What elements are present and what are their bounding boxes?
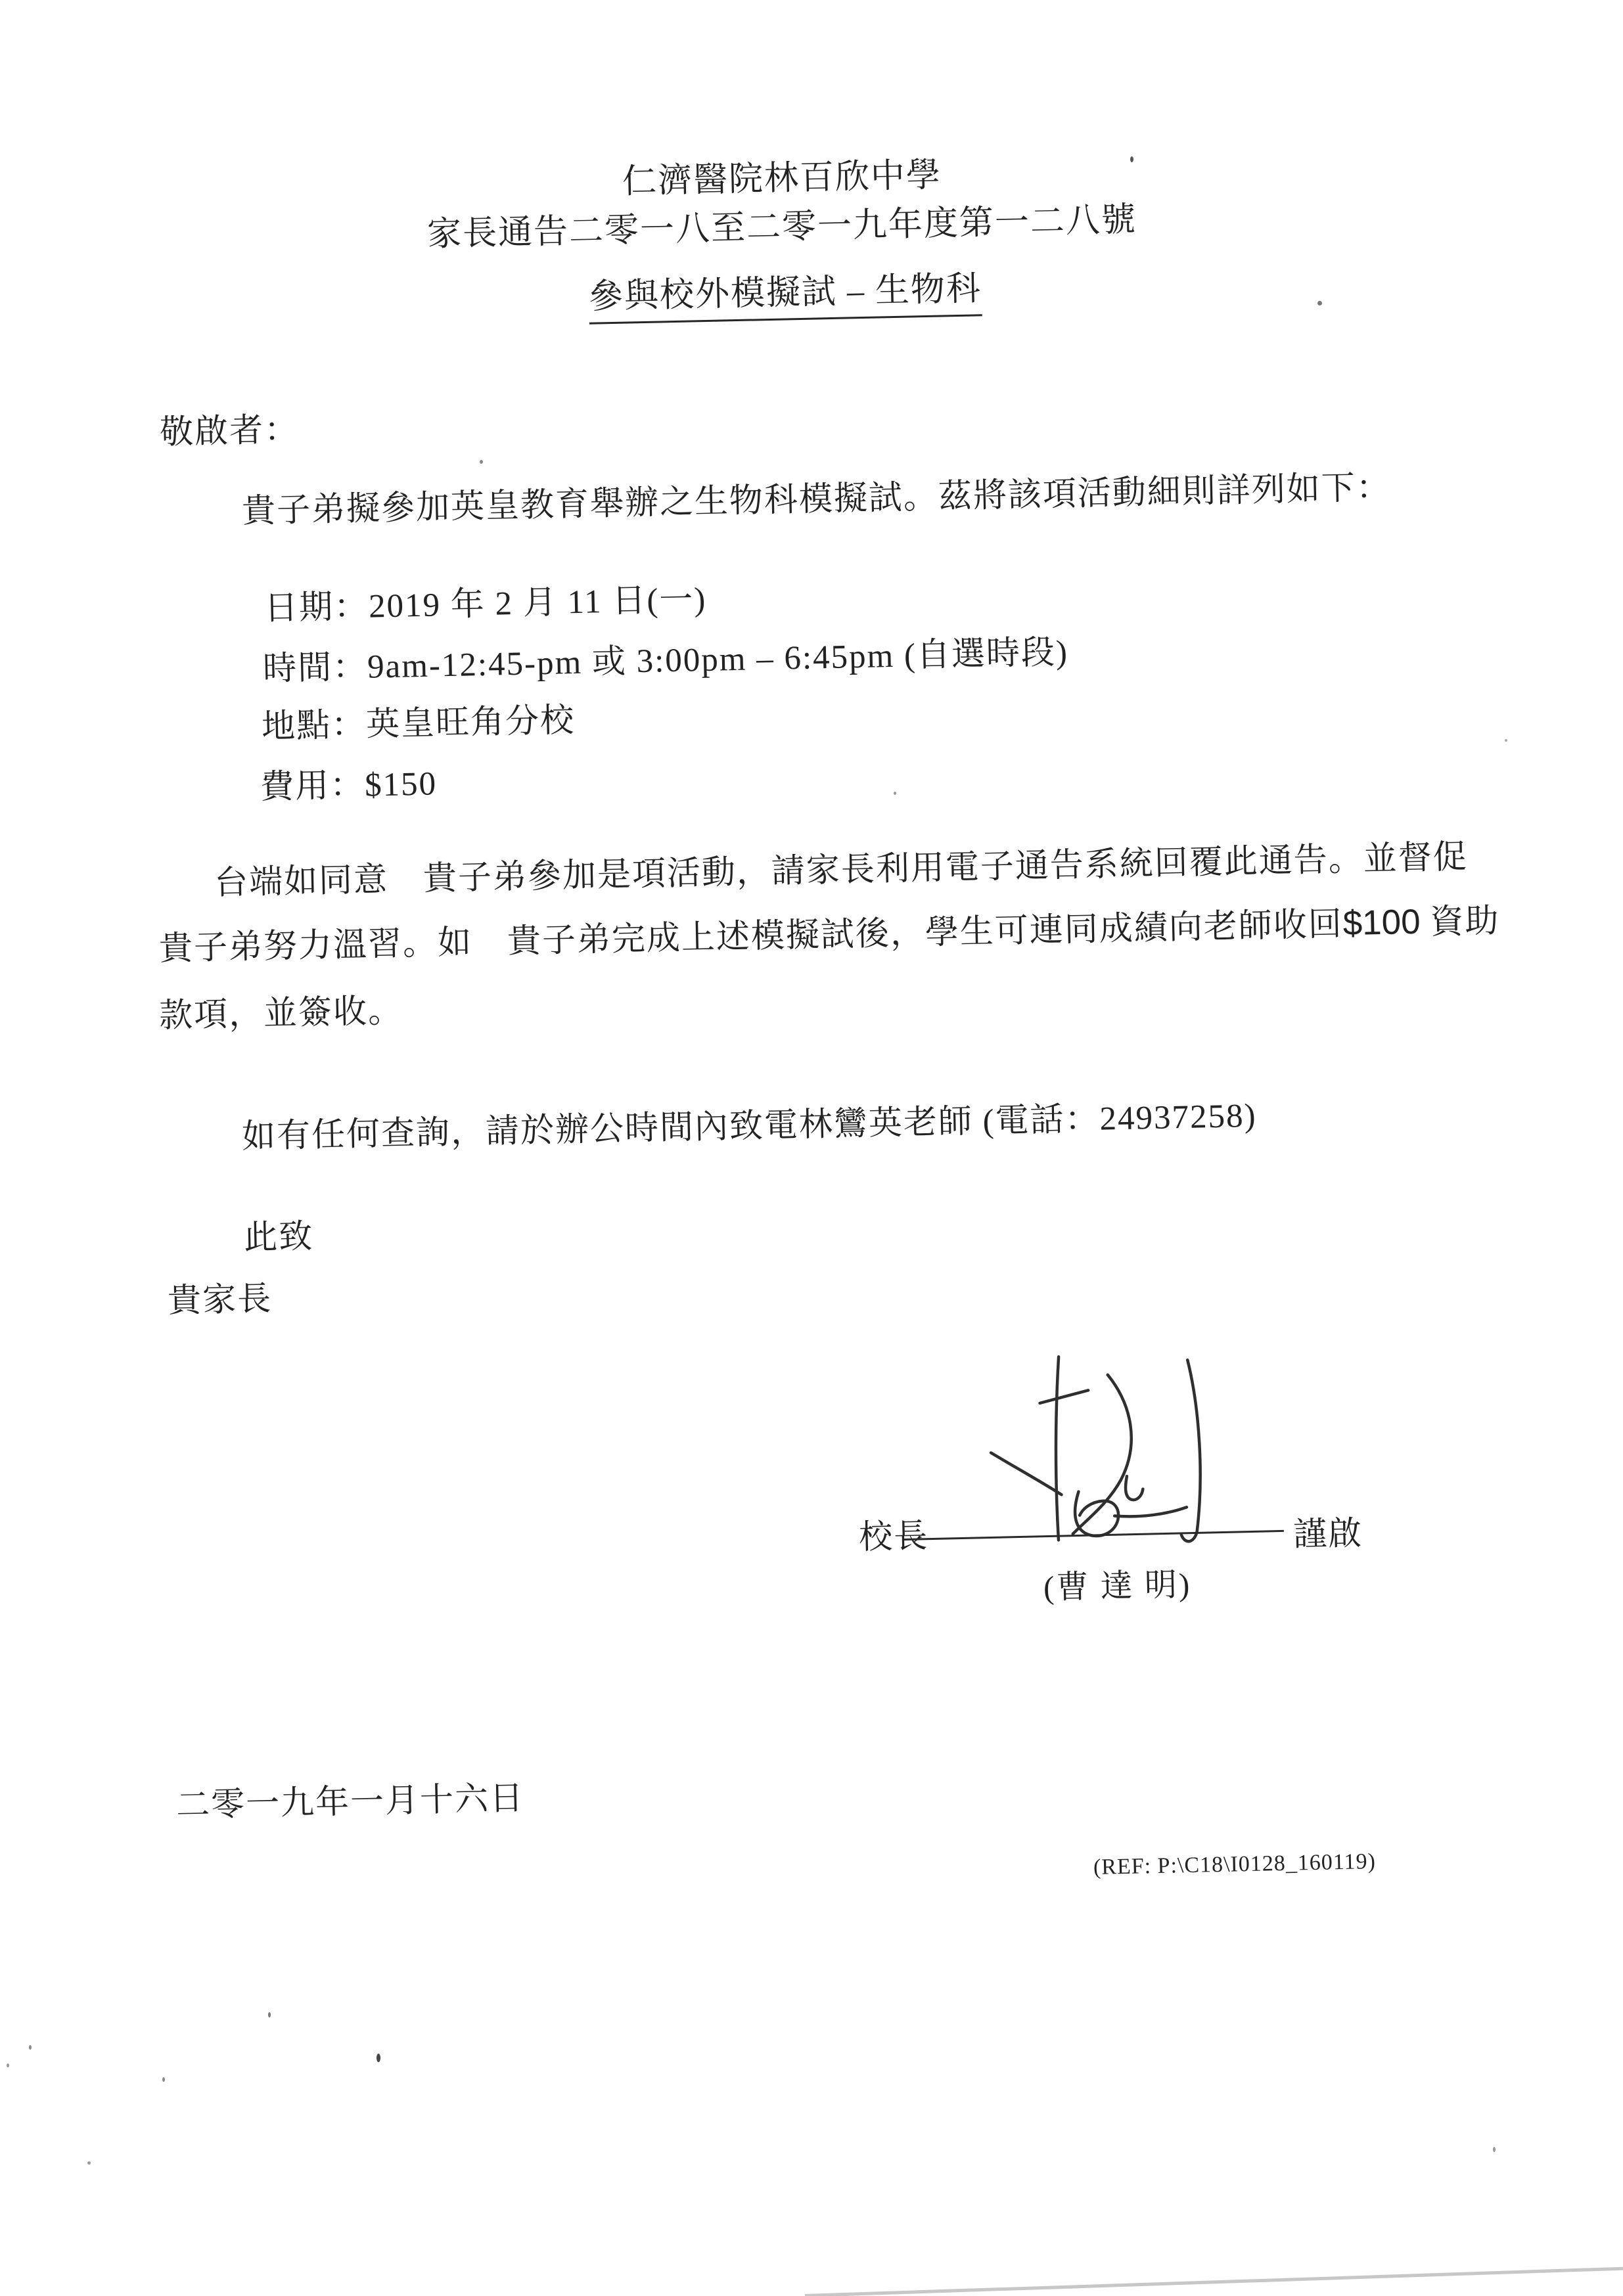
scanned-notice-page: 仁濟醫院林百欣中學 家長通告二零一八至二零一九年度第一二八號 參與校外模擬試 –… xyxy=(0,0,1623,2296)
signature-stroke xyxy=(1074,1491,1118,1536)
scan-speck xyxy=(480,460,483,464)
subject-line: 參與校外模擬試 – 生物科 xyxy=(423,257,1147,321)
detail-value-venue: 英皇旺角分校 xyxy=(366,702,576,744)
closing-cizhi: 此致 xyxy=(243,1209,314,1259)
issue-date: 二零一九年一月十六日 xyxy=(175,1770,524,1826)
intro-paragraph: 貴子弟擬參加英皇教育舉辦之生物科模擬試。茲將該項活動細則詳列如下： xyxy=(241,459,1391,532)
scan-speck xyxy=(87,2161,91,2165)
scan-edge-artifact xyxy=(805,2266,1623,2296)
detail-value-time: 9am-12:45-pm 或 3:00pm – 6:45pm (自選時段) xyxy=(367,634,1069,685)
signature-stroke xyxy=(1040,1390,1088,1403)
scan-speck xyxy=(1317,301,1322,305)
body-line-2-pre: 貴子弟努力溫習。如 貴子弟完成上述模擬試後，學生可連同成績向老師收回 xyxy=(159,906,1344,968)
signature-stroke xyxy=(1126,1476,1143,1500)
scan-speck xyxy=(268,2012,271,2017)
body-line-1: 台端如同意 貴子弟參加是項活動，請家長利用電子通告系統回覆此通告。並督促 xyxy=(214,829,1468,904)
principal-name: (曹 達 明) xyxy=(1043,1559,1192,1608)
subsidy-amount: $100 xyxy=(1342,903,1421,943)
scan-speck xyxy=(7,2063,9,2067)
closing-recipient: 貴家長 xyxy=(167,1271,273,1322)
detail-row-time: 時間：9am-12:45-pm 或 3:00pm – 6:45pm (自選時段) xyxy=(262,624,1068,690)
scan-speck xyxy=(29,2045,32,2050)
signature-stroke xyxy=(1070,1374,1133,1534)
detail-label-date: 日期： xyxy=(264,589,369,627)
salutation: 敬啟者： xyxy=(159,402,300,453)
detail-value-fee: $150 xyxy=(365,765,438,803)
detail-row-fee: 費用：$150 xyxy=(260,755,438,808)
subject-text: 參與校外模擬試 – 生物科 xyxy=(588,270,982,325)
ref-number: (REF: P:\C18\I0128_160119) xyxy=(1093,1849,1377,1880)
body-line-2-post: 資助 xyxy=(1420,903,1500,941)
detail-row-venue: 地點：英皇旺角分校 xyxy=(261,692,575,748)
body-line-2: 貴子弟努力溫習。如 貴子弟完成上述模擬試後，學生可連同成績向老師收回$100 資… xyxy=(158,893,1500,970)
respectfully-label: 謹啟 xyxy=(1292,1506,1363,1556)
scan-speck xyxy=(894,792,896,795)
detail-value-date: 2019 年 2 月 11 日(一) xyxy=(369,581,707,625)
scan-speck xyxy=(377,2054,380,2062)
signature-stroke xyxy=(1053,1357,1062,1540)
scan-speck xyxy=(1505,739,1507,742)
scan-speck xyxy=(1493,2147,1496,2152)
detail-label-fee: 費用： xyxy=(260,767,365,806)
signature-stroke xyxy=(1177,1360,1202,1542)
scan-speck xyxy=(162,2077,165,2082)
detail-row-date: 日期：2019 年 2 月 11 日(一) xyxy=(263,572,707,629)
inquiry-line: 如有任何查詢，請於辦公時間內致電林鸞英老師 (電話：24937258) xyxy=(241,1088,1257,1158)
signature-stroke xyxy=(991,1451,1061,1496)
principal-signature-image xyxy=(976,1336,1223,1558)
body-line-3: 款項，並簽收。 xyxy=(158,983,403,1037)
detail-label-venue: 地點： xyxy=(262,707,367,746)
principal-label: 校長 xyxy=(858,1508,929,1558)
signature-stroke xyxy=(1114,1507,1187,1517)
detail-label-time: 時間： xyxy=(263,649,368,688)
scan-speck xyxy=(1130,156,1133,162)
